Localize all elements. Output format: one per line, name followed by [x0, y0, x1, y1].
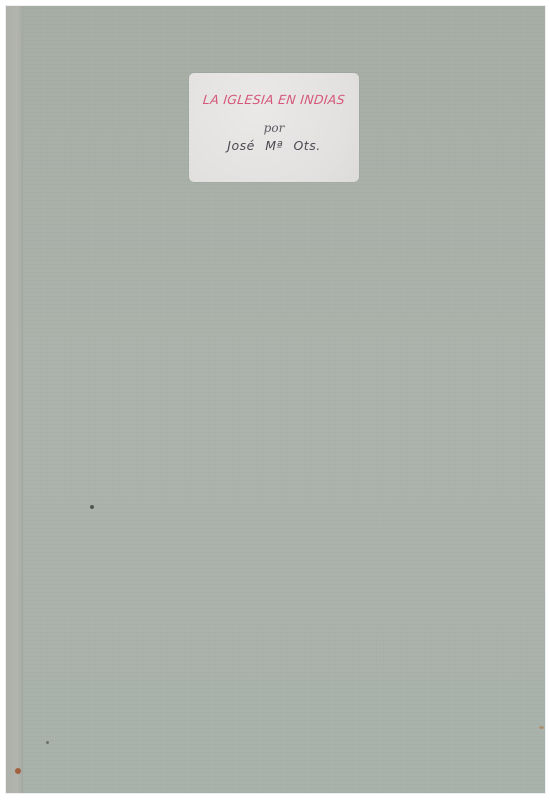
- book-title: LA IGLESIA EN INDIAS: [188, 92, 360, 107]
- book-spine: [6, 6, 23, 793]
- rust-spot: [15, 768, 21, 774]
- title-label: LA IGLESIA EN INDIAS por José Mª Ots.: [189, 73, 359, 182]
- stain-spot: [46, 741, 49, 744]
- book-cover: LA IGLESIA EN INDIAS por José Mª Ots.: [6, 6, 545, 793]
- by-text: por: [189, 121, 359, 135]
- book-author: José Mª Ots.: [189, 138, 359, 153]
- rust-spot: [539, 726, 544, 729]
- stain-spot: [90, 505, 94, 509]
